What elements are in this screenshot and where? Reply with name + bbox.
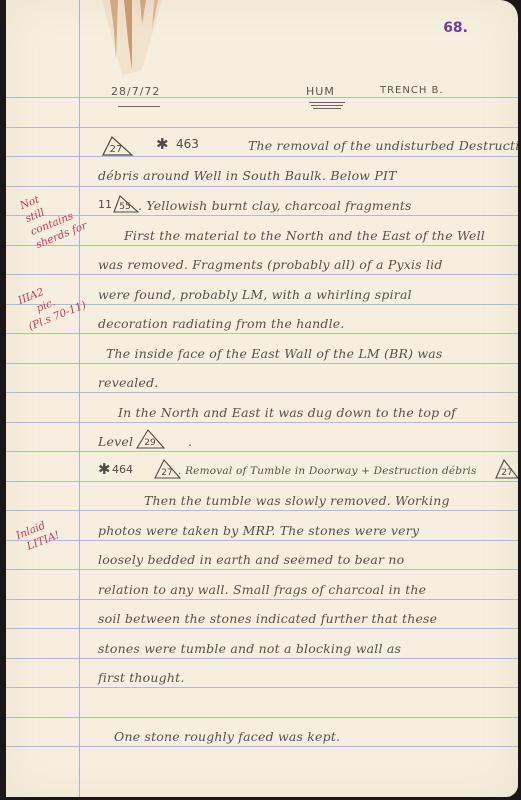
margin-note: IIIA2 pic. (Pl.s 70-11) [16,272,88,334]
entry-text-line: first thought. [98,670,185,685]
ruled-line [6,363,518,364]
ruled-line [6,156,518,157]
entry-text-line: revealed. [98,375,158,390]
entry-text-line: First the material to the North and the … [124,228,485,243]
site-code: HUM [306,85,335,98]
entry-text-line: The removal of the undisturbed Destructi… [248,138,518,153]
margin-note: Inlaid LITIA! [14,515,62,556]
ruled-line [6,97,518,98]
entry-text-line: . [188,434,192,449]
rust-stain [102,0,182,80]
ruled-line [6,687,518,688]
ruled-line [6,510,518,511]
entry-text-line: One stone roughly faced was kept. [114,729,340,744]
margin-line [79,0,80,797]
find-asterisk-icon: ✱ [98,460,111,478]
ruled-line [6,599,518,600]
entry-text-line: decoration radiating from the handle. [98,316,345,331]
ruled-line [6,717,518,718]
site-underline [311,105,343,106]
ruled-line [6,481,518,482]
ruled-line [6,569,518,570]
date-underline [118,106,160,107]
entry-text-line: loosely bedded in earth and seemed to be… [98,552,404,567]
entry-text-line: soil between the stones indicated furthe… [98,611,437,626]
entry-text-line: Then the tumble was slowly removed. Work… [144,493,450,508]
level-triangle-icon: 29 [134,428,166,450]
find-asterisk-icon: ✱ [156,135,169,153]
entry-title: . Removal of Tumble in Doorway + Destruc… [178,465,477,477]
ruled-line [6,186,518,187]
page-number: 68. [443,20,468,36]
ruled-line [6,422,518,423]
end-triangle-icon: 27 [494,458,518,480]
site-underline [313,108,341,109]
entry-text-line: . Yellowish burnt clay, charcoal fragmen… [138,198,412,213]
ruled-line [6,628,518,629]
ruled-line [6,746,518,747]
entry-text-line: The inside face of the East Wall of the … [106,346,443,361]
find-number: 464 [112,463,133,476]
ruled-line [6,658,518,659]
ruled-line [6,245,518,246]
trench-label: TRENCH B. [380,85,444,96]
ruled-line [6,451,518,452]
entry-date: 28/7/72 [111,85,160,98]
pit-triangle-icon: 55 [110,194,140,214]
context-triangle-icon: 27 [98,135,134,157]
site-underline [309,102,345,103]
entry-text-line: relation to any wall. Small frags of cha… [98,582,426,597]
ruled-line [6,540,518,541]
entry-text-line: Level [98,434,133,449]
entry-text-line: was removed. Fragments (probably all) of… [98,257,443,272]
ruled-line [6,392,518,393]
entry-text-line: In the North and East it was dug down to… [118,405,456,420]
ruled-line [6,333,518,334]
entry-text-line: were found, probably LM, with a whirling… [98,287,412,302]
ruled-line [6,274,518,275]
entry-text-line: photos were taken by MRP. The stones wer… [98,523,419,538]
ruled-line [6,127,518,128]
notebook-page: 68. 28/7/72 HUM TRENCH B. Not still cont… [6,0,518,797]
entry-text-line: stones were tumble and not a blocking wa… [98,641,401,656]
entry-text-line: débris around Well in South Baulk. Below… [98,168,397,183]
find-number: 463 [176,137,199,151]
